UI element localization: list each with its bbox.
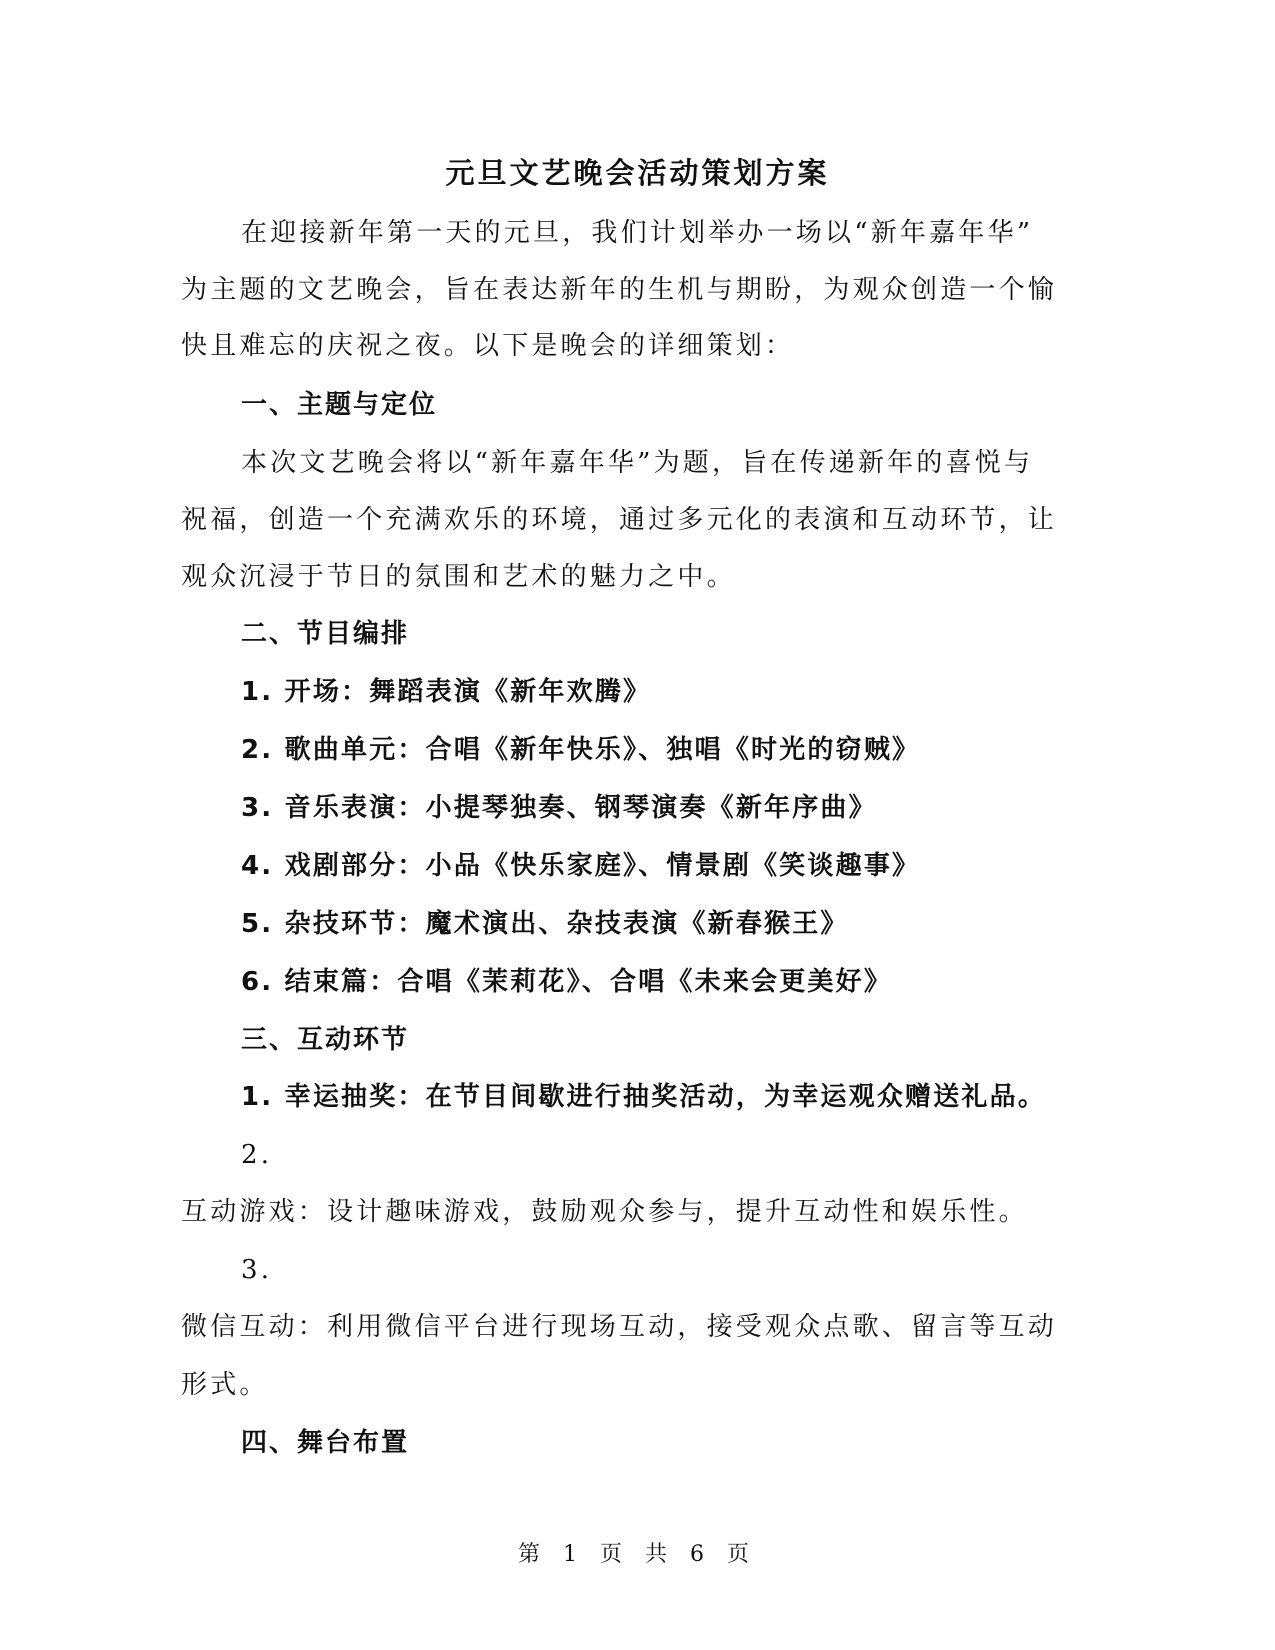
intro-line-1: 在迎接新年第一天的元旦，我们计划举办一场以“新年嘉年华” — [241, 216, 1033, 250]
section-heading-program: 二、节目编排 — [241, 617, 409, 651]
interaction-item-2-text: 互动游戏：设计趣味游戏，鼓励观众参与，提升互动性和娱乐性。 — [181, 1195, 1028, 1229]
program-item-5: 5. 杂技环节：魔术演出、杂技表演《新春猴王》 — [241, 907, 849, 941]
document-title: 元旦文艺晚会活动策划方案 — [0, 156, 1275, 190]
section-heading-stage: 四、舞台布置 — [241, 1426, 409, 1460]
program-item-6: 6. 结束篇：合唱《茉莉花》、合唱《未来会更美好》 — [241, 965, 892, 999]
program-item-2: 2. 歌曲单元：合唱《新年快乐》、独唱《时光的窃贼》 — [241, 733, 920, 767]
interaction-item-1: 1. 幸运抽奖：在节目间歇进行抽奖活动，为幸运观众赠送礼品。 — [241, 1080, 1046, 1114]
interaction-item-3-number: 3. — [241, 1253, 272, 1287]
section-heading-theme: 一、主题与定位 — [241, 388, 437, 422]
document-page: 元旦文艺晚会活动策划方案 在迎接新年第一天的元旦，我们计划举办一场以“新年嘉年华… — [0, 0, 1275, 1650]
page-number-footer: 第 1 页 共 6 页 — [0, 1538, 1275, 1572]
intro-line-2: 为主题的文艺晚会，旨在表达新年的生机与期盼，为观众创造一个愉 — [181, 273, 1057, 307]
program-item-1: 1. 开场：舞蹈表演《新年欢腾》 — [241, 675, 651, 709]
interaction-item-3-line-2: 形式。 — [181, 1368, 269, 1402]
section-heading-interaction: 三、互动环节 — [241, 1023, 409, 1057]
program-item-3: 3. 音乐表演：小提琴独奏、钢琴演奏《新年序曲》 — [241, 791, 877, 825]
section1-line-2: 祝福，创造一个充满欢乐的环境，通过多元化的表演和互动环节，让 — [181, 503, 1057, 537]
program-item-4: 4. 戏剧部分：小品《快乐家庭》、情景剧《笑谈趣事》 — [241, 849, 920, 883]
section1-line-1: 本次文艺晚会将以“新年嘉年华”为题，旨在传递新年的喜悦与 — [241, 446, 1033, 480]
intro-line-3: 快且难忘的庆祝之夜。以下是晚会的详细策划： — [181, 329, 794, 363]
interaction-item-3-line-1: 微信互动：利用微信平台进行现场互动，接受观众点歌、留言等互动 — [181, 1310, 1057, 1344]
section1-line-3: 观众沉浸于节日的氛围和艺术的魅力之中。 — [181, 560, 736, 594]
interaction-item-2-number: 2. — [241, 1138, 272, 1172]
